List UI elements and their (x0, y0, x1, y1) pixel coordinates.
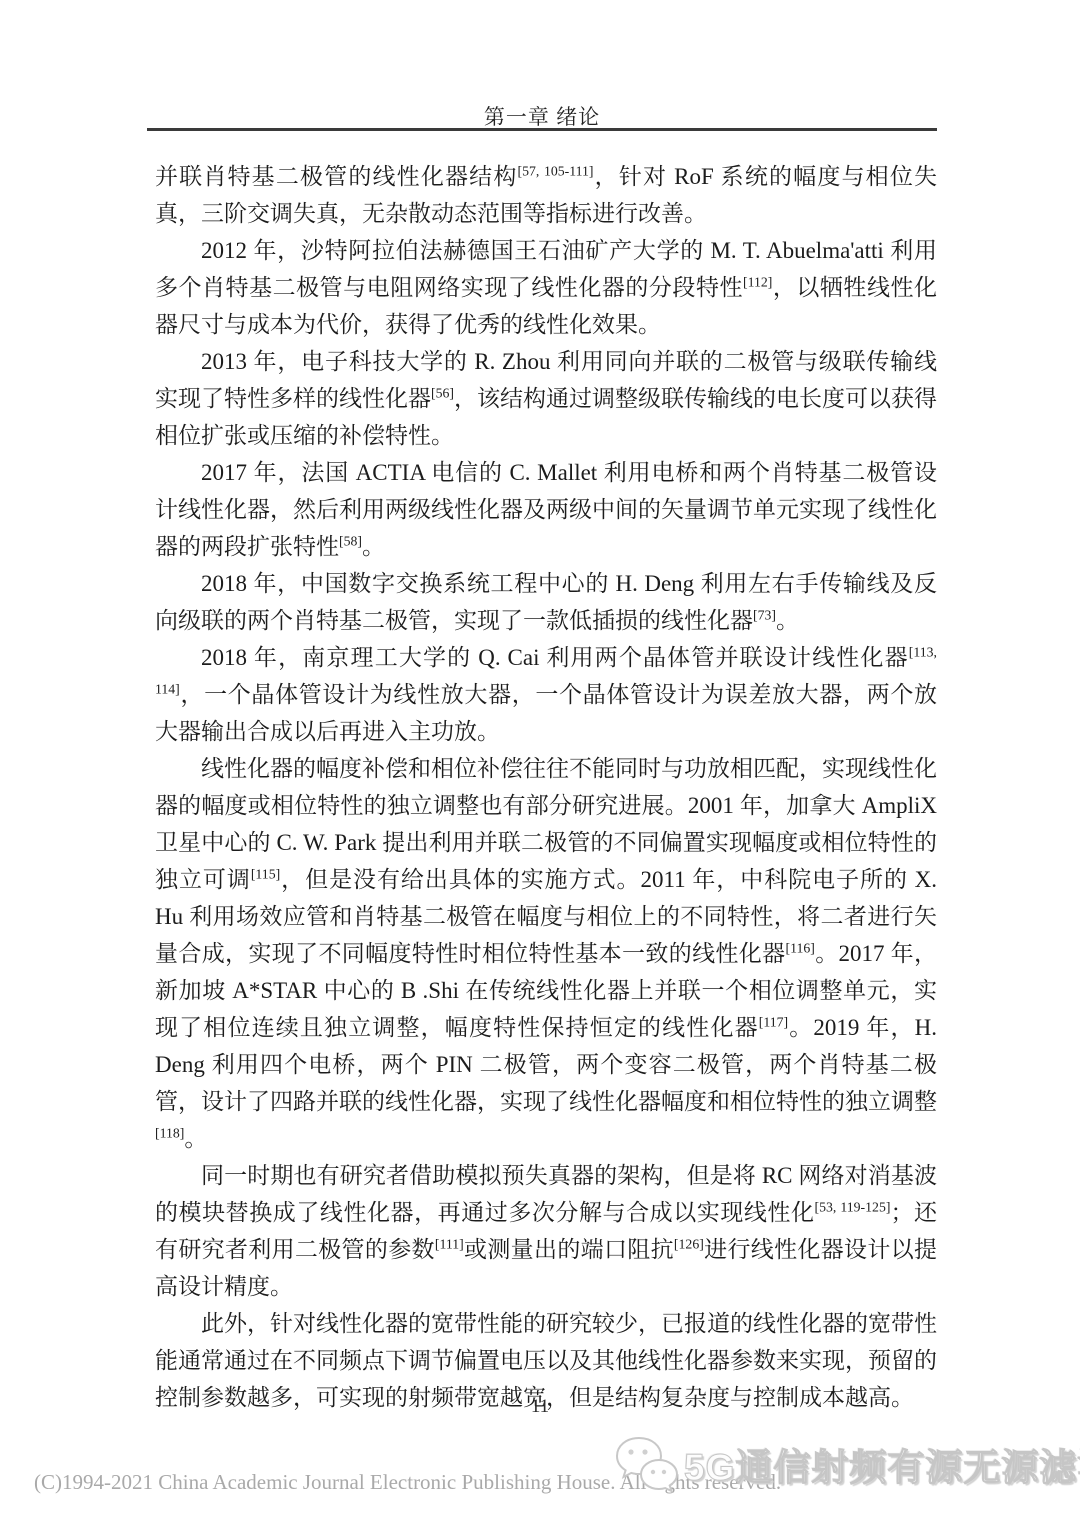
paragraph: 同一时期也有研究者借助模拟预失真器的架构，但是将 RC 网络对消基波的模块替换成… (155, 1157, 937, 1305)
citation-reference: [56] (431, 385, 454, 400)
paragraph: 2012 年，沙特阿拉伯法赫德国王石油矿产大学的 M. T. Abuelma'a… (155, 232, 937, 343)
citation-reference: [113, 114] (155, 644, 937, 696)
paragraph: 线性化器的幅度补偿和相位补偿往往不能同时与功放相匹配，实现线性化器的幅度或相位特… (155, 750, 937, 1157)
citation-reference: [111] (435, 1236, 464, 1251)
document-page: 第一章 绪论 并联肖特基二极管的线性化器结构[57, 105-111]，针对 R… (0, 0, 1080, 1527)
citation-reference: [115] (251, 866, 280, 881)
paragraph: 2013 年，电子科技大学的 R. Zhou 利用同向并联的二极管与级联传输线实… (155, 343, 937, 454)
paragraph: 2017 年，法国 ACTIA 电信的 C. Mallet 利用电桥和两个肖特基… (155, 454, 937, 565)
citation-reference: [58] (339, 533, 362, 548)
citation-reference: [53, 119-125] (815, 1199, 891, 1214)
page-number: 11 (0, 1396, 1080, 1418)
watermark-text: 5G通信射频有源无源滤波器天线 (684, 1437, 1080, 1491)
citation-reference: [118] (155, 1125, 184, 1140)
chapter-header-title: 第一章 绪论 (147, 101, 937, 131)
citation-reference: [116] (785, 940, 814, 955)
citation-reference: [57, 105-111] (518, 163, 594, 178)
citation-reference: [73] (753, 607, 776, 622)
body-paragraphs: 并联肖特基二极管的线性化器结构[57, 105-111]，针对 RoF 系统的幅… (155, 158, 937, 1416)
watermark: 5G通信射频有源无源滤波器天线 (612, 1432, 1080, 1496)
citation-reference: [117] (759, 1014, 788, 1029)
citation-reference: [126] (674, 1236, 704, 1251)
citation-reference: [112] (743, 274, 772, 289)
wechat-icon (612, 1432, 678, 1496)
paragraph: 并联肖特基二极管的线性化器结构[57, 105-111]，针对 RoF 系统的幅… (155, 158, 937, 232)
paragraph: 2018 年，中国数字交换系统工程中心的 H. Deng 利用左右手传输线及反向… (155, 565, 937, 639)
paragraph: 2018 年，南京理工大学的 Q. Cai 利用两个晶体管并联设计线性化器[11… (155, 639, 937, 750)
header-divider (147, 128, 937, 131)
